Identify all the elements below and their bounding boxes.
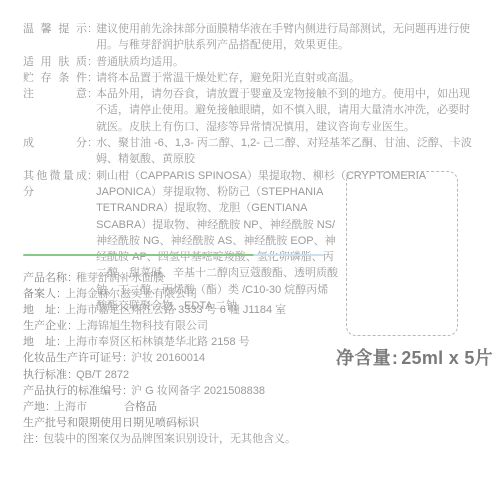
reg-row-production-license: 化妆品生产许可证号沪妆 20160014 — [23, 350, 333, 366]
registration-info-section: 产品名称稚芽舒润补水面膜 备案人上海金赫尔滋实业有限公司 地 址上海市嘉定区翔江… — [23, 270, 333, 447]
colon: : — [88, 54, 91, 70]
reg-row-value: 上海市 — [54, 401, 87, 413]
usage-row-value: 水、聚甘油 -6、1,3- 丙二醇、1,2- 己二醇、对羟基苯乙酮、甘油、泛醇、… — [96, 135, 475, 168]
reg-row-label: 备案人 — [23, 288, 65, 300]
usage-row-label: 贮存条件 — [23, 70, 87, 86]
reg-row-product-name: 产品名称稚芽舒润补水面膜 — [23, 270, 333, 286]
product-back-label: 温馨提示: 建议使用前先涂抹部分面膜精华液在手臂内侧进行局部测试，无问题再进行使… — [0, 0, 500, 500]
net-content-value: 25ml x 5片 — [401, 348, 493, 368]
reg-row-registrant-address: 地 址上海市嘉定区翔江公路 3333 号 6 幢 J1184 室 — [23, 302, 333, 318]
reg-row-label: 地 址 — [23, 336, 65, 348]
reg-row-standard: 执行标准QB/T 2872 — [23, 367, 333, 383]
batch-note: 生产批号和限期使用日期见喷码标识 — [23, 415, 333, 431]
reg-row-origin: 产地上海市合格品 — [23, 399, 333, 415]
reg-row-label: 执行标准 — [23, 369, 76, 381]
usage-row-label: 成分 — [23, 135, 87, 151]
usage-row-caution: 注意: 本品外用，请勿吞食，请放置于婴童及宠物接触不到的地方。使用中，如出现不适… — [23, 86, 475, 135]
reg-row-label: 生产企业 — [23, 320, 76, 332]
colon: : — [88, 21, 91, 37]
usage-row-label: 温馨提示 — [23, 21, 87, 37]
colon: : — [88, 86, 91, 102]
section-divider-line — [23, 254, 324, 256]
reg-row-label: 注 — [23, 433, 43, 445]
reg-row-registrant: 备案人上海金赫尔滋实业有限公司 — [23, 286, 333, 302]
colon: : — [88, 70, 91, 86]
usage-row-label: 注意 — [23, 86, 87, 102]
reg-row-filing-number: 产品执行的标准编号沪 G 妆网备字 2021508838 — [23, 383, 333, 399]
usage-row-warm-tips: 温馨提示: 建议使用前先涂抹部分面膜精华液在手臂内侧进行局部测试，无问题再进行使… — [23, 21, 475, 54]
reg-row-label: 产品名称 — [23, 272, 76, 284]
reg-row-label: 产地 — [23, 401, 54, 413]
colon: : — [88, 135, 91, 151]
usage-row-value: 本品外用，请勿吞食，请放置于婴童及宠物接触不到的地方。使用中，如出现不适，请停止… — [96, 86, 475, 135]
reg-row-value: 上海市嘉定区翔江公路 3333 号 6 幢 J1184 室 — [65, 304, 286, 316]
usage-row-storage: 贮存条件: 请将本品置于常温干燥处贮存，避免阳光直射或高温。 — [23, 70, 475, 86]
reg-row-value: 包装中的图案仅为品牌图案识别设计，无其他含义。 — [43, 433, 296, 445]
reg-row-label: 化妆品生产许可证号 — [23, 352, 131, 364]
net-content-label: 净含量 — [336, 348, 391, 368]
reg-row-label: 地 址 — [23, 304, 65, 316]
usage-row-label: 其他微量成分 — [23, 168, 87, 201]
design-note: 注包装中的图案仅为品牌图案识别设计，无其他含义。 — [23, 431, 333, 447]
net-content: 净含量:25ml x 5片 — [336, 344, 493, 370]
usage-row-value: 请将本品置于常温干燥处贮存，避免阳光直射或高温。 — [96, 70, 475, 86]
reg-row-value: 沪妆 20160014 — [131, 352, 205, 364]
usage-row-label: 适用肤质 — [23, 54, 87, 70]
reg-row-label: 产品执行的标准编号 — [23, 385, 131, 397]
colon: : — [392, 348, 398, 368]
reg-row-value: 上海金赫尔滋实业有限公司 — [65, 288, 197, 300]
colon: : — [88, 168, 91, 184]
usage-row-value: 普通肤质均适用。 — [96, 54, 475, 70]
dashed-placeholder-box — [346, 171, 458, 336]
reg-row-value: 上海市奉贤区柘林镇楚华北路 2158 号 — [65, 336, 250, 348]
reg-row-value: QB/T 2872 — [76, 369, 129, 381]
quality-grade: 合格品 — [124, 401, 157, 413]
reg-row-manufacturer-address: 地 址上海市奉贤区柘林镇楚华北路 2158 号 — [23, 334, 333, 350]
usage-row-value: 建议使用前先涂抹部分面膜精华液在手臂内侧进行局部测试，无问题再进行使用。与稚芽舒… — [96, 21, 475, 54]
reg-row-value: 上海锦旭生物科技有限公司 — [76, 320, 208, 332]
usage-row-ingredients: 成分: 水、聚甘油 -6、1,3- 丙二醇、1,2- 己二醇、对羟基苯乙酮、甘油… — [23, 135, 475, 168]
reg-row-value: 稚芽舒润补水面膜 — [76, 272, 164, 284]
reg-row-value: 沪 G 妆网备字 2021508838 — [131, 385, 265, 397]
reg-row-manufacturer: 生产企业上海锦旭生物科技有限公司 — [23, 318, 333, 334]
usage-row-skin-type: 适用肤质: 普通肤质均适用。 — [23, 54, 475, 70]
